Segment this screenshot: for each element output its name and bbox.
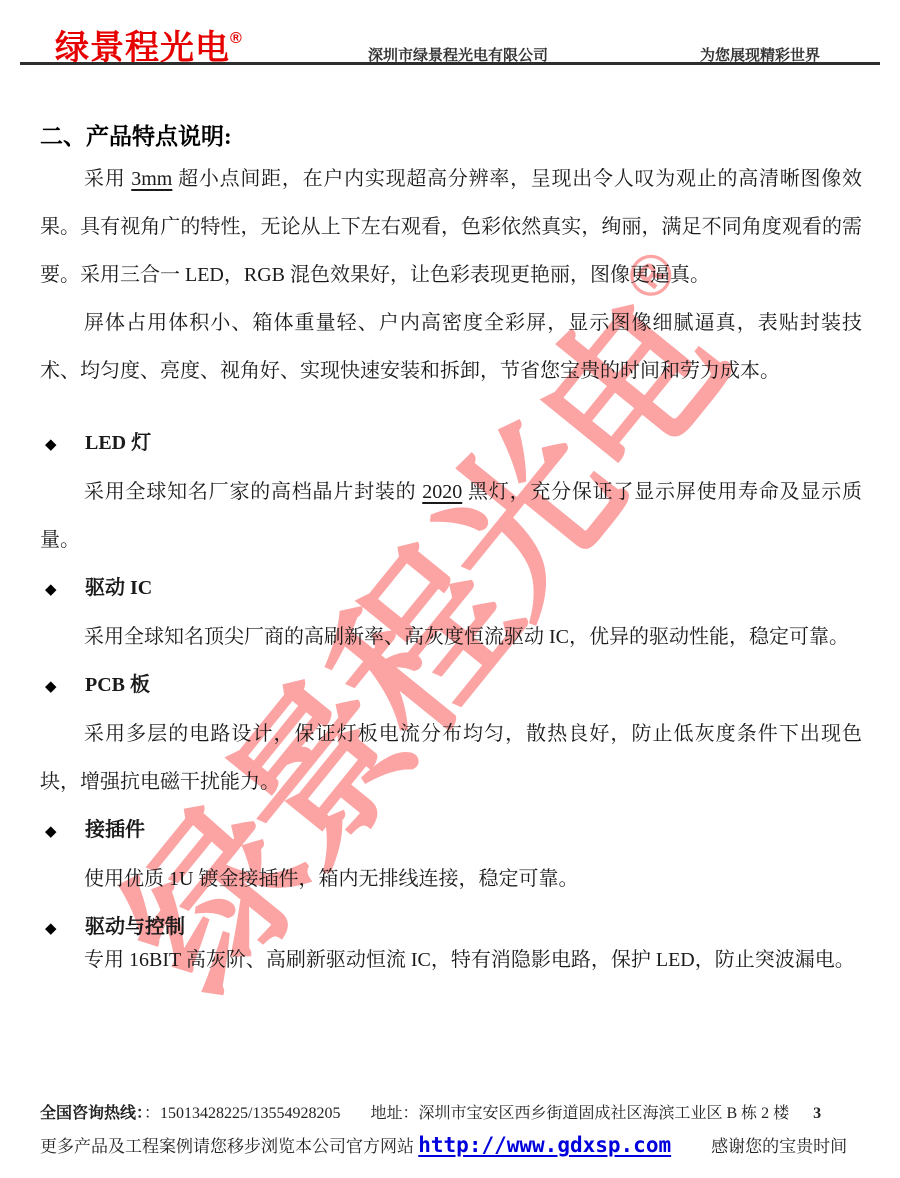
header-divider xyxy=(20,62,880,65)
diamond-bullet-icon: ◆ xyxy=(45,565,85,613)
feature-heading-pcb: ◆ PCB 板 xyxy=(40,661,862,710)
registered-trademark-icon: ® xyxy=(230,30,242,47)
feature-heading-connector: ◆ 接插件 xyxy=(40,806,862,855)
feature-heading-label: PCB 板 xyxy=(85,661,150,709)
feature-heading-label: 接插件 xyxy=(85,806,145,854)
diamond-bullet-icon: ◆ xyxy=(45,807,85,855)
paragraph-text: 采用全球知名厂家的高档晶片封装的 xyxy=(84,481,422,503)
feature-body-pcb: 采用多层的电路设计，保证灯板电流分布均匀，散热良好，防止低灰度条件下出现色块，增… xyxy=(40,710,862,806)
website-link[interactable]: http://www.gdxsp.com xyxy=(418,1133,671,1157)
address-value: 深圳市宝安区西乡街道固成社区海滨工业区 B 栋 2 楼 xyxy=(418,1105,789,1122)
diamond-bullet-icon: ◆ xyxy=(45,420,85,468)
diamond-bullet-icon: ◆ xyxy=(45,662,85,710)
paragraph-text: 采用 xyxy=(84,168,131,190)
document-page: 绿景程光电® 绿景程光电® 深圳市绿景程光电有限公司 为您展现精彩世界 二、产品… xyxy=(0,0,900,1178)
feature-heading-label: 驱动 IC xyxy=(85,564,152,612)
section-title: 二、产品特点说明: xyxy=(40,118,232,151)
diamond-bullet-icon: ◆ xyxy=(45,904,85,952)
footer-website-line: 更多产品及工程案例请您移步浏览本公司官方网站 http://www.gdxsp.… xyxy=(40,1132,870,1157)
feature-heading-led: ◆ LED 灯 xyxy=(40,419,862,468)
feature-body-drive-control: 专用 16BIT 高灰阶、高刷新驱动恒流 IC，特有消隐影电路，保护 LED，防… xyxy=(40,936,862,984)
hotline-numbers: ：15013428225/13554928205 xyxy=(144,1105,340,1122)
underlined-value: 2020 xyxy=(422,481,462,503)
hotline-label: 全国咨询热线： xyxy=(40,1105,144,1122)
feature-body-driver-ic: 采用全球知名顶尖厂商的高刷新率、高灰度恒流驱动 IC，优异的驱动性能，稳定可靠。 xyxy=(40,613,862,661)
intro-paragraph-1: 采用 3mm 超小点间距，在户内实现超高分辨率，呈现出令人叹为观止的高清晰图像效… xyxy=(40,155,862,299)
website-prompt-text: 更多产品及工程案例请您移步浏览本公司官方网站 xyxy=(40,1137,414,1156)
thanks-text: 感谢您的宝贵时间 xyxy=(711,1137,847,1156)
document-body: 采用 3mm 超小点间距，在户内实现超高分辨率，呈现出令人叹为观止的高清晰图像效… xyxy=(40,155,862,984)
feature-heading-label: LED 灯 xyxy=(85,419,151,467)
underlined-value: 3mm xyxy=(131,168,172,190)
intro-paragraph-2: 屏体占用体积小、箱体重量轻、户内高密度全彩屏，显示图像细腻逼真，表贴封装技术、均… xyxy=(40,299,862,395)
page-number: 3 xyxy=(813,1105,821,1122)
feature-body-connector: 使用优质 1U 镀金接插件，箱内无排线连接，稳定可靠。 xyxy=(40,855,862,903)
feature-heading-driver-ic: ◆ 驱动 IC xyxy=(40,564,862,613)
address-label: 地址： xyxy=(370,1105,418,1122)
feature-body-led: 采用全球知名厂家的高档晶片封装的 2020 黑灯，充分保证了显示屏使用寿命及显示… xyxy=(40,468,862,564)
footer-contact-line: 全国咨询热线：：15013428225/13554928205地址：深圳市宝安区… xyxy=(40,1100,870,1123)
